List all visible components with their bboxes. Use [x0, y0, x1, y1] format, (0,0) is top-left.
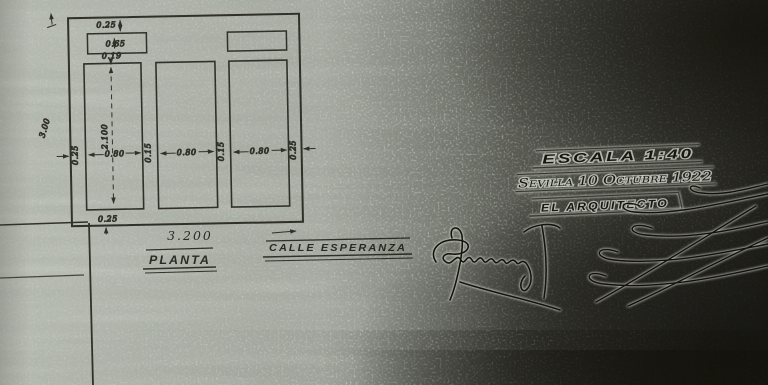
- photocopy-shading: [0, 0, 768, 385]
- speckle-noise-global: [0, 0, 768, 385]
- scanned-plan-document: 0.25 0.65 0.19 2.100 3.00 0.25 0.80 0.15…: [0, 0, 768, 385]
- plan-canvas: 0.25 0.65 0.19 2.100 3.00 0.25 0.80 0.15…: [0, 0, 768, 385]
